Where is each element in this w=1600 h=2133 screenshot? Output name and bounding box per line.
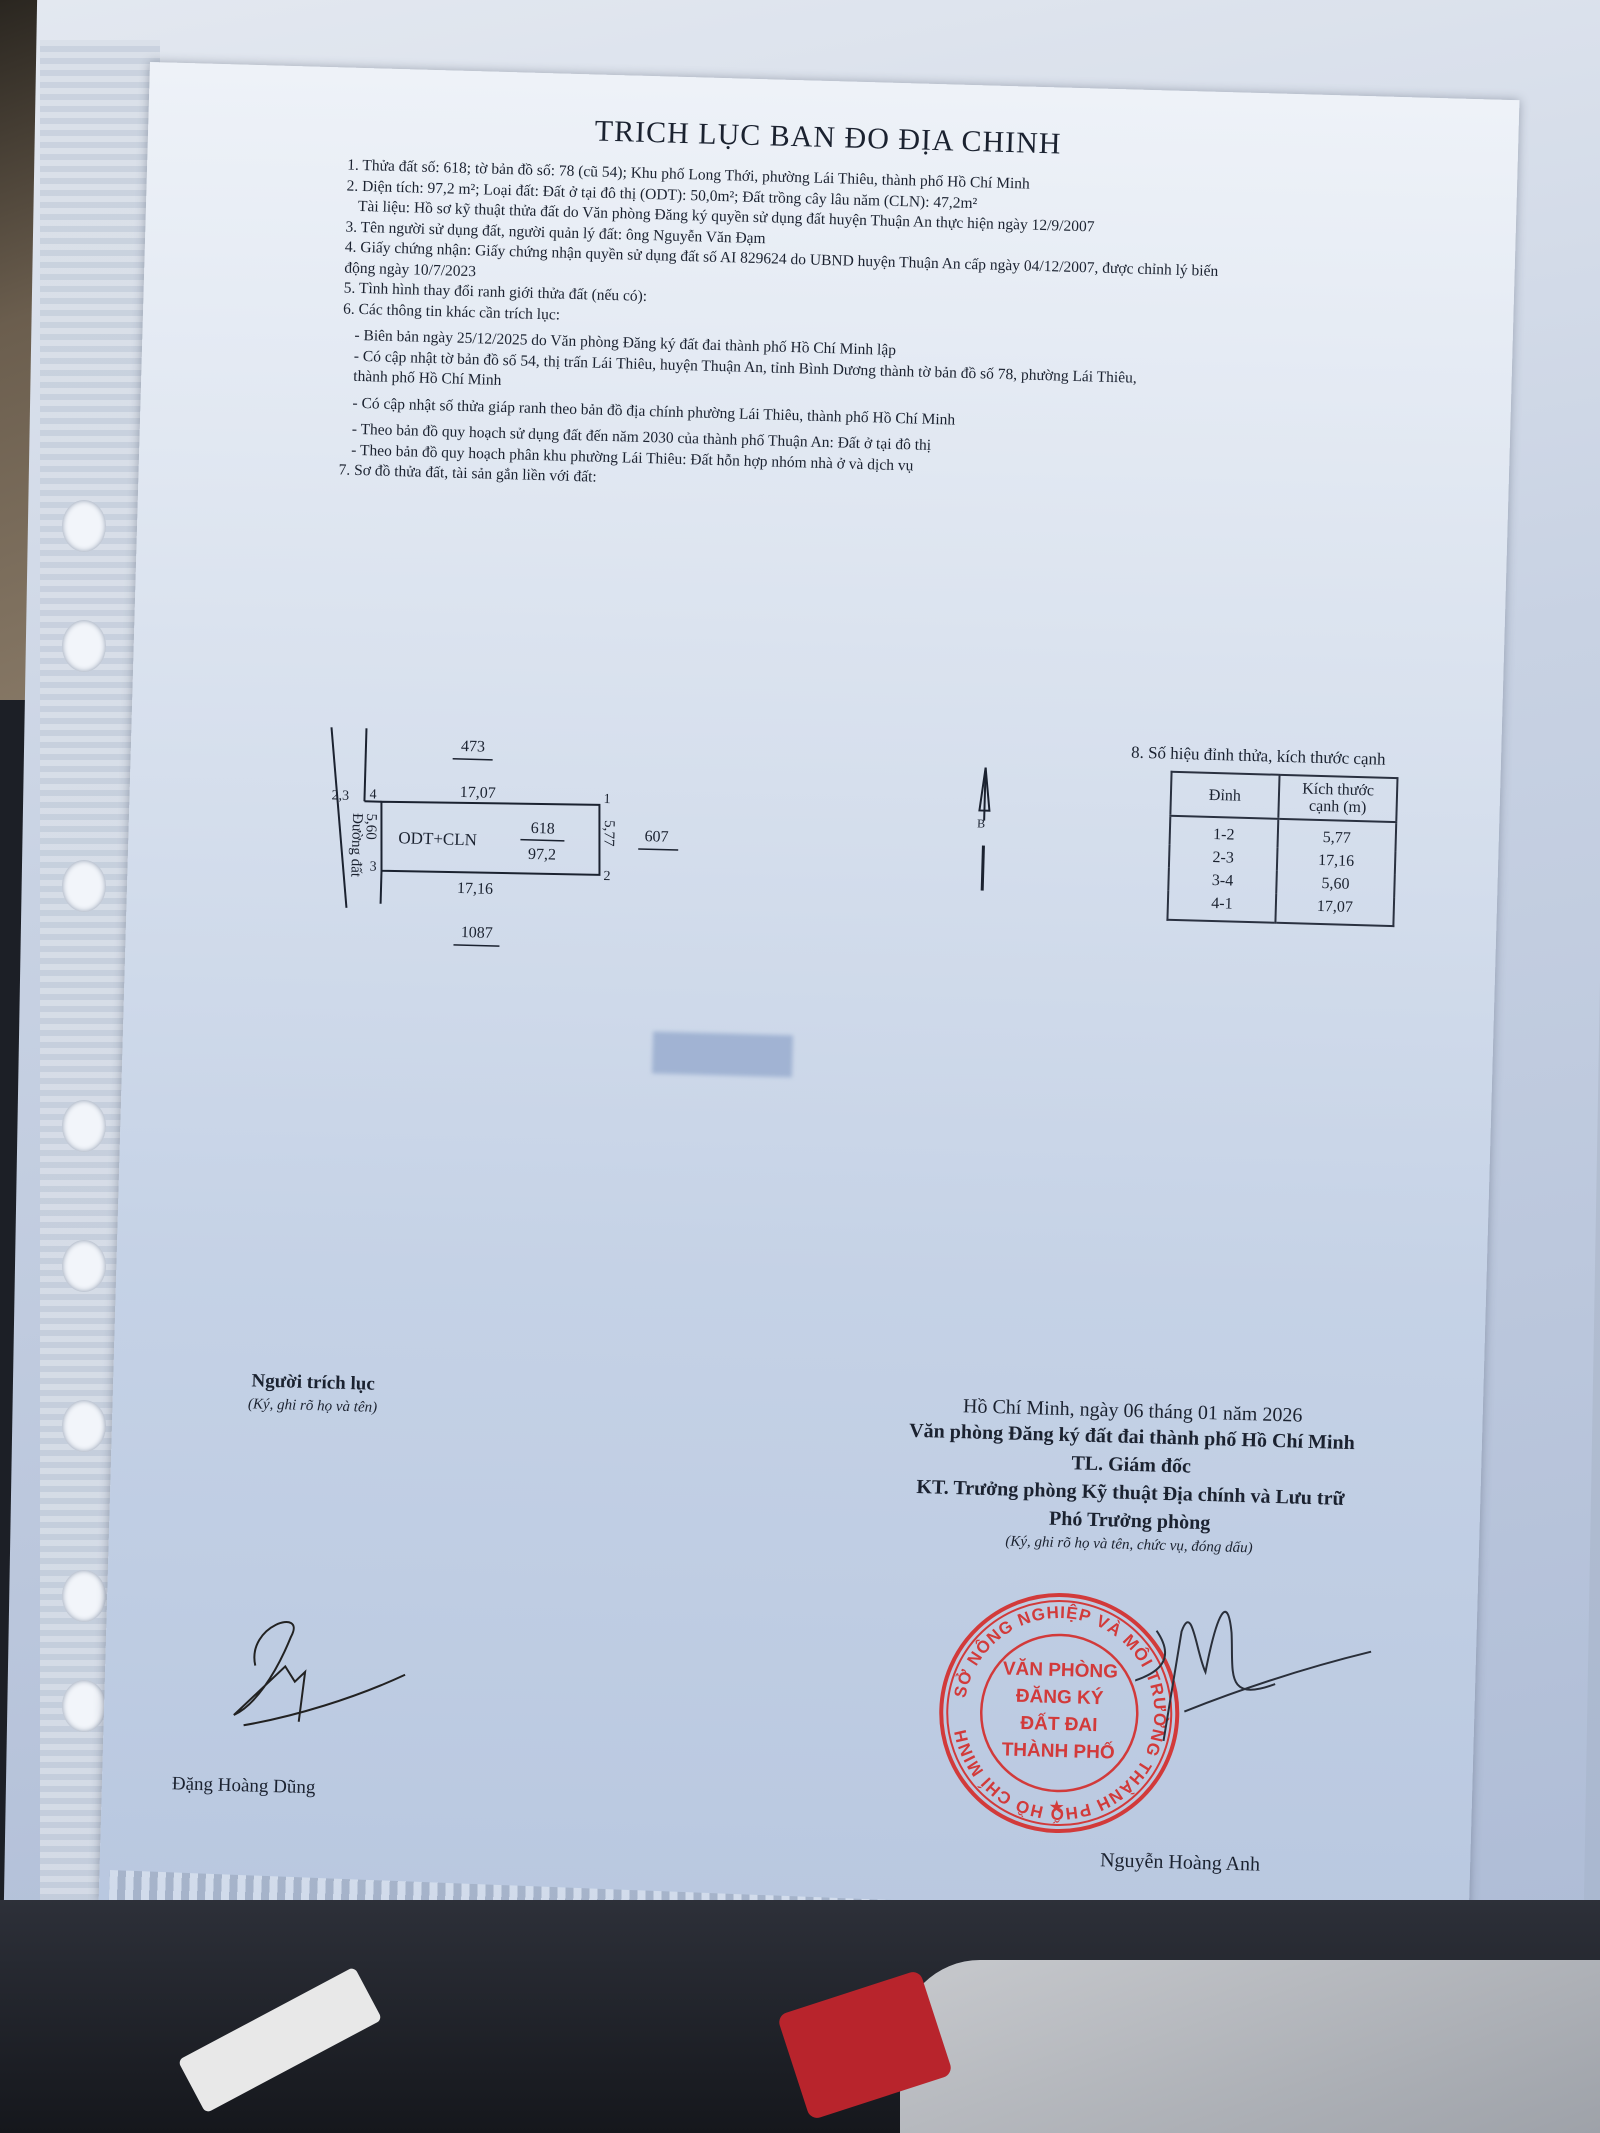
- parcel-info: 1. Thửa đất số: 618; tờ bản đồ số: 78 (c…: [338, 156, 1497, 513]
- neighbor-parcel-bottom: 1087: [461, 924, 493, 942]
- north-arrow-icon: B: [967, 765, 1001, 896]
- edge-cell: 2-3: [1169, 845, 1278, 871]
- punch-hole: [62, 1680, 106, 1732]
- redacted-region: [652, 1031, 793, 1077]
- svg-text:ĐẤT ĐAI: ĐẤT ĐAI: [1020, 1712, 1098, 1736]
- length-cell: 5,60: [1276, 871, 1395, 897]
- extractor-title: Người trích lục: [183, 1368, 444, 1397]
- punch-hole: [62, 860, 106, 912]
- extractor-note: (Ký, ghi rõ họ và tên): [182, 1394, 442, 1418]
- table-row: 4-1 17,07: [1167, 891, 1394, 926]
- road-label: Đường đất: [347, 813, 365, 878]
- punch-hole: [62, 1570, 106, 1622]
- punch-hole: [62, 500, 106, 552]
- parcel-area: 97,2: [528, 846, 556, 864]
- svg-text:★: ★: [1048, 1797, 1065, 1817]
- vertex-label: 4: [369, 787, 376, 802]
- edge-length-top: 17,07: [459, 784, 495, 802]
- edge-cell: 4-1: [1167, 891, 1276, 923]
- punch-hole: [62, 1400, 106, 1452]
- extractor-signature-block: Người trích lục (Ký, ghi rõ họ và tên): [182, 1368, 443, 1418]
- edge-length-right: 5,77: [600, 820, 617, 847]
- cloth-item: [900, 1960, 1600, 2133]
- vertex-label: 2: [603, 869, 610, 884]
- punch-hole: [62, 620, 106, 672]
- column-header: Kích thước cạnh (m): [1278, 775, 1397, 822]
- land-extract-document: TRICH LỤC BAN ĐO ĐỊA CHINH 1. Thửa đất s…: [99, 62, 1520, 1940]
- edge-length-bottom: 17,16: [457, 880, 493, 898]
- official-signature-block: Hồ Chí Minh, ngày 06 tháng 01 năm 2026 V…: [829, 1392, 1433, 1563]
- document-title: TRICH LỤC BAN ĐO ĐỊA CHINH: [468, 111, 1189, 165]
- punch-hole: [62, 1240, 106, 1292]
- land-use-label: ODT+CLN: [398, 828, 477, 849]
- edge-cell: 1-2: [1170, 816, 1279, 848]
- neighbor-parcel-top: 473: [461, 738, 485, 756]
- svg-text:THÀNH PHỐ: THÀNH PHỐ: [1001, 1738, 1115, 1763]
- vertex-table-caption: 8. Số hiệu đỉnh thửa, kích thước cạnh: [1131, 743, 1386, 770]
- svg-text:B: B: [977, 816, 985, 830]
- parcel-diagram: 473 17,07 17,16 4 1 2 3 2,3 5,60 Đường đ…: [315, 717, 842, 991]
- punch-hole: [62, 1100, 106, 1152]
- neighbor-parcel-right: 607: [644, 828, 668, 846]
- parcel-number: 618: [531, 820, 555, 838]
- signature-right-icon: [1132, 1590, 1377, 1797]
- length-cell: 17,16: [1277, 848, 1396, 874]
- official-name: Nguyễn Hoàng Anh: [1100, 1849, 1261, 1876]
- edge-cell: 3-4: [1168, 868, 1277, 894]
- svg-text:VĂN PHÒNG: VĂN PHÒNG: [1003, 1657, 1119, 1682]
- extractor-name: Đặng Hoàng Dũng: [172, 1773, 316, 1799]
- signature-left-icon: [213, 1604, 417, 1740]
- vertex-table: Đỉnh Kích thước cạnh (m) 1-2 5,77 2-3 17…: [1166, 771, 1398, 927]
- svg-text:ĐĂNG KÝ: ĐĂNG KÝ: [1016, 1685, 1105, 1709]
- vertex-label: 3: [369, 859, 376, 874]
- road-width: 2,3: [331, 788, 349, 803]
- length-cell: 5,77: [1277, 819, 1396, 851]
- column-header: Đỉnh: [1170, 772, 1279, 819]
- length-cell: 17,07: [1275, 894, 1394, 926]
- vertex-label: 1: [603, 792, 610, 807]
